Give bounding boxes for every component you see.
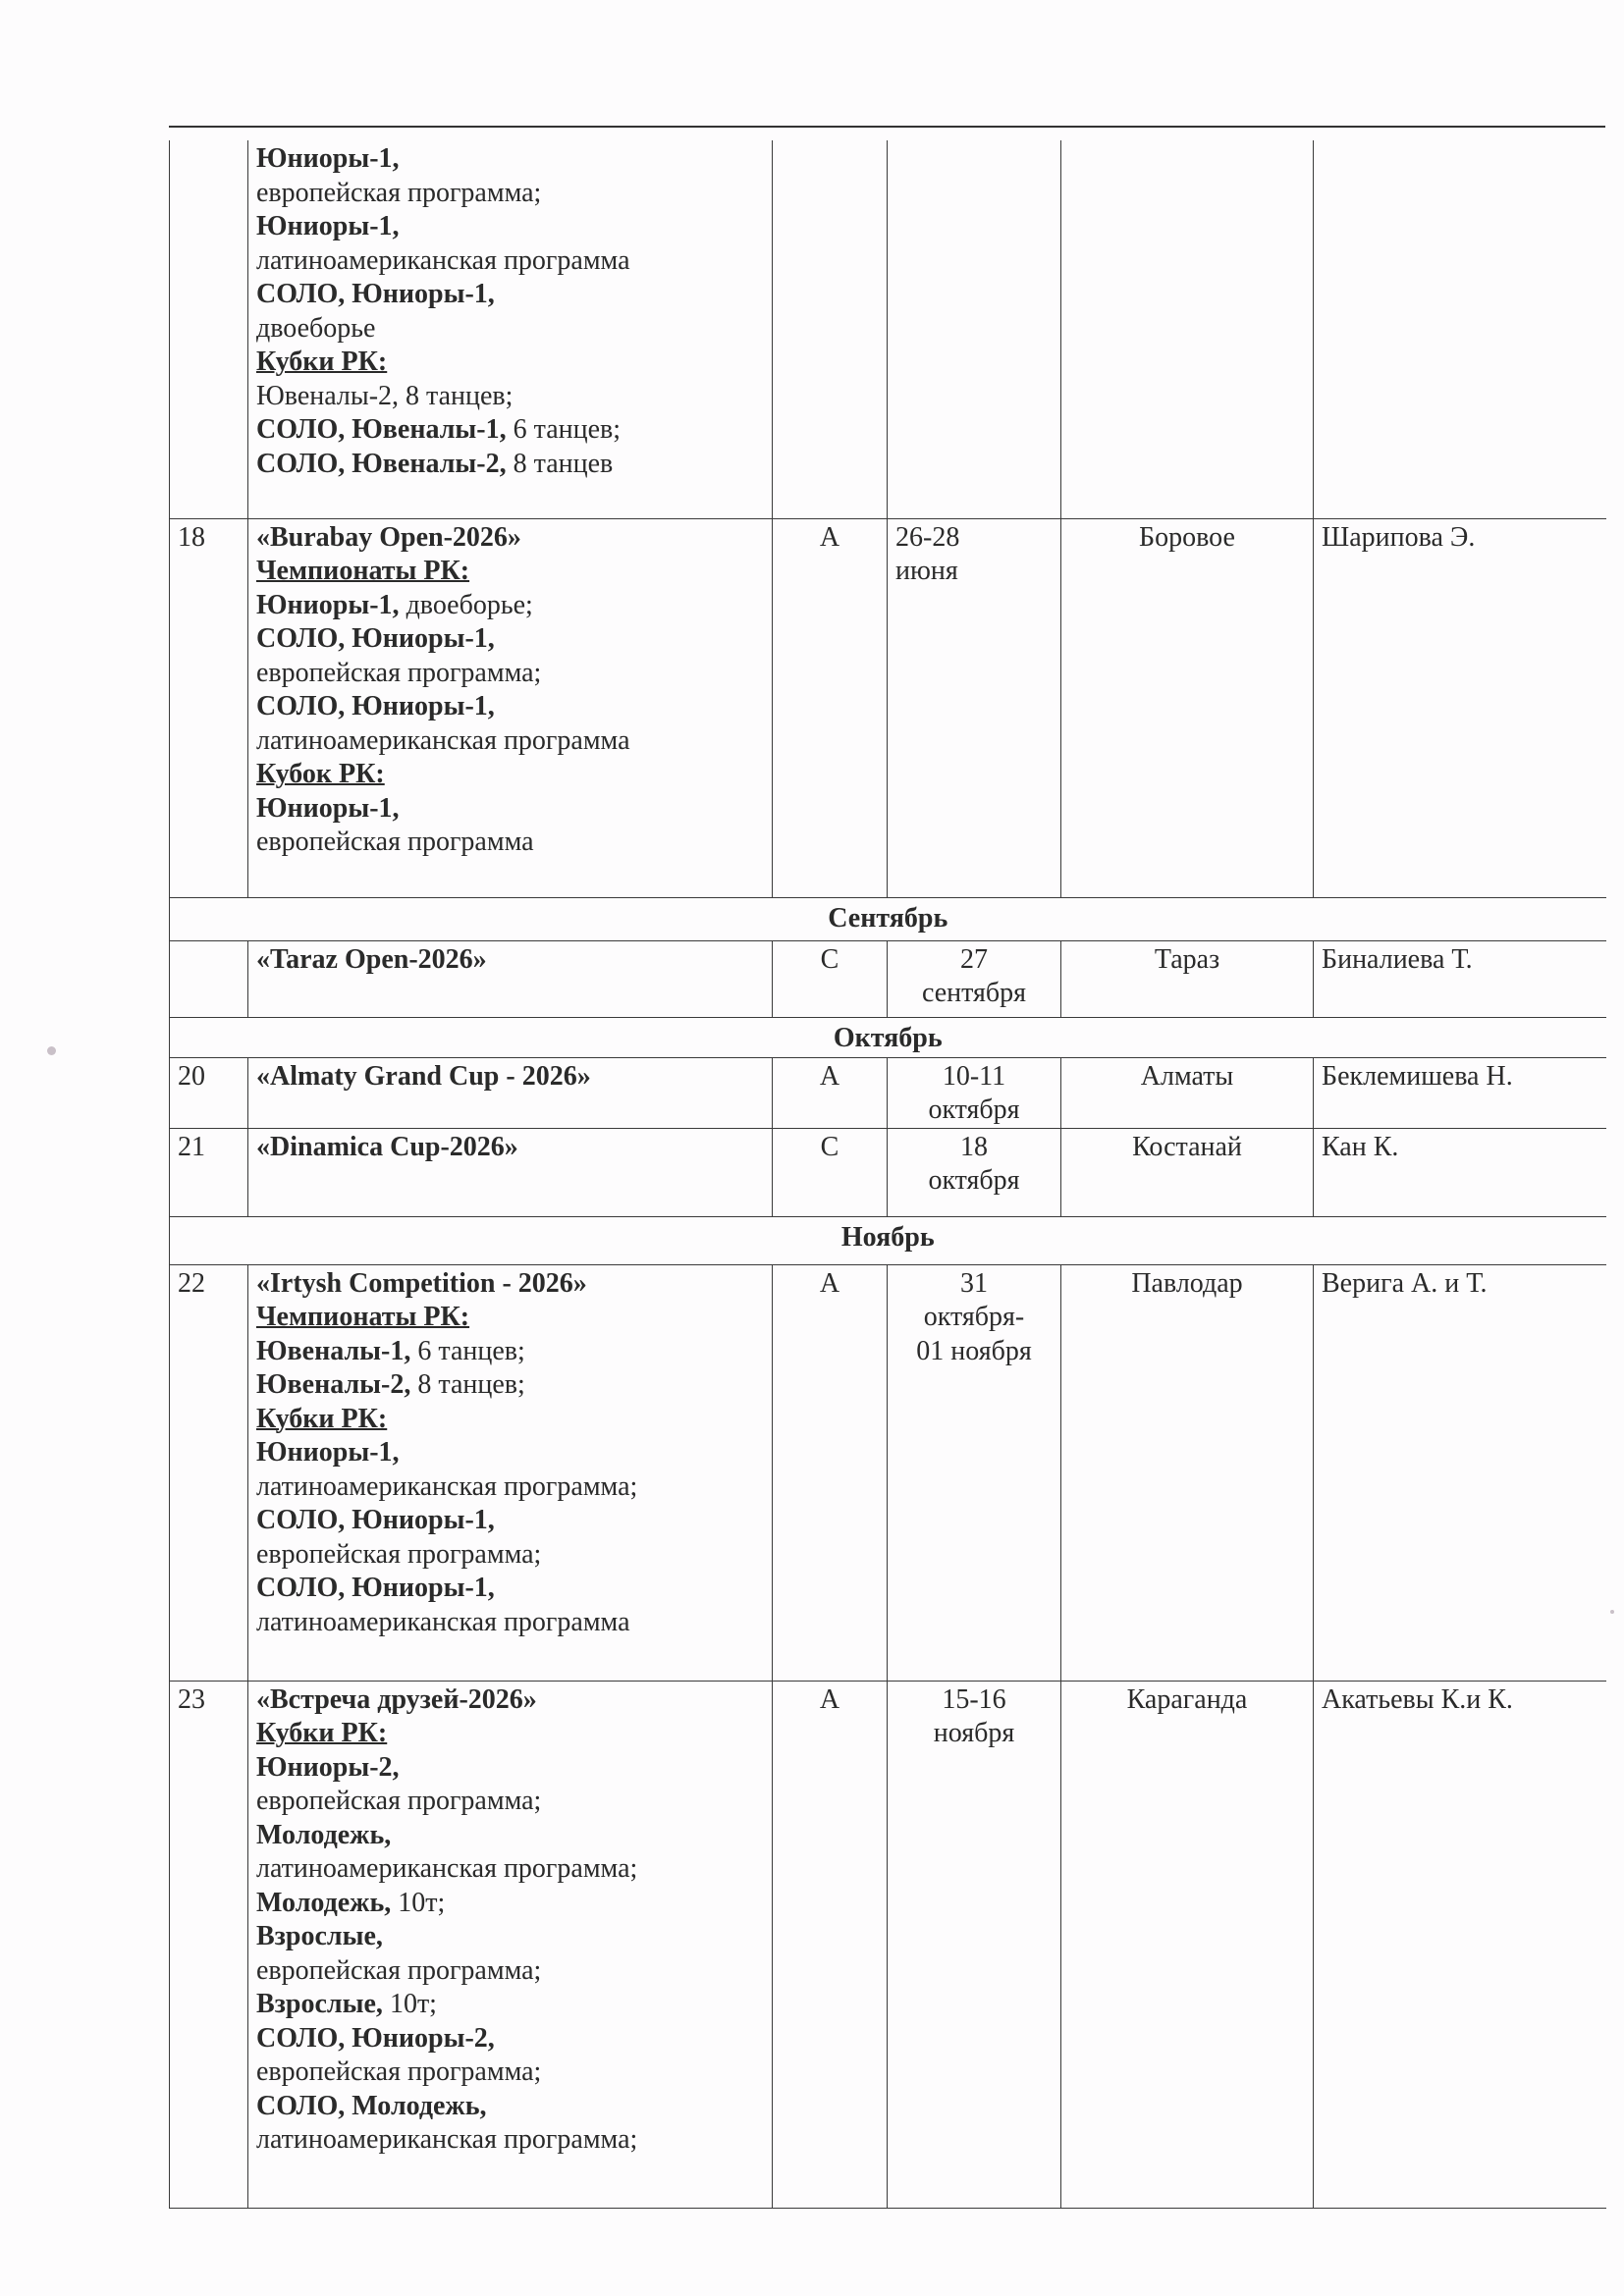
program-detail: латиноамериканская программа [256, 725, 630, 756]
row-number: 23 [170, 1681, 248, 2208]
program-line: СОЛО, Юниоры-2, [256, 2022, 764, 2056]
date-line: сентября [895, 977, 1053, 1011]
program-section-heading: Кубки РК: [256, 347, 387, 377]
program-detail: европейская программа; [256, 1539, 541, 1570]
event-cell: «Dinamica Cup-2026» [248, 1128, 773, 1216]
city-cell: Костанай [1061, 1128, 1314, 1216]
age-group: Молодежь, [256, 1820, 391, 1850]
date-cell [888, 140, 1061, 518]
date-line: 18 [895, 1131, 1053, 1165]
program-line: Кубки РК: [256, 1717, 764, 1751]
age-group: СОЛО, Молодежь, [256, 2091, 487, 2121]
age-group: СОЛО, Юниоры-1, [256, 1573, 495, 1603]
table-row: Юниоры-1,европейская программа;Юниоры-1,… [170, 140, 1606, 518]
program-line: европейская программа; [256, 1538, 764, 1573]
event-title: «Irtysh Competition - 2026» [256, 1267, 764, 1302]
date-line: июня [895, 555, 1053, 589]
event-cell: «Burabay Open-2026»Чемпионаты РК:Юниоры-… [248, 518, 773, 897]
age-group: Молодежь, [256, 1888, 391, 1918]
program-section-heading: Кубки РК: [256, 1404, 387, 1434]
table-row: 23«Встреча друзей-2026»Кубки РК:Юниоры-2… [170, 1681, 1606, 2208]
program-line: Взрослые, 10т; [256, 1988, 764, 2022]
date-line: 27 [895, 943, 1053, 978]
month-header-row: Октябрь [170, 1017, 1606, 1057]
program-line: СОЛО, Юниоры-1, [256, 1504, 764, 1538]
program-line: латиноамериканская программа [256, 724, 764, 759]
program-line: европейская программа; [256, 2056, 764, 2090]
organizer-cell: Акатьевы К.и К. [1314, 1681, 1606, 2208]
program-line: Юниоры-1, двоеборье; [256, 589, 764, 623]
event-cell: «Taraz Open-2026» [248, 940, 773, 1017]
month-header-row: Ноябрь [170, 1216, 1606, 1264]
date-cell: 31октября-01 ноября [888, 1264, 1061, 1681]
program-detail: 8 танцев; [410, 1369, 524, 1400]
organizer-cell [1314, 140, 1606, 518]
row-number: 20 [170, 1057, 248, 1128]
city-cell: Боровое [1061, 518, 1314, 897]
table-row: «Taraz Open-2026»С27сентябряТаразБиналие… [170, 940, 1606, 1017]
program-detail: латиноамериканская программа [256, 245, 630, 276]
city-cell: Караганда [1061, 1681, 1314, 2208]
program-line: СОЛО, Юниоры-1, [256, 622, 764, 657]
age-group: СОЛО, Юниоры-1, [256, 691, 495, 721]
month-label: Ноябрь [170, 1216, 1606, 1264]
age-group: Юниоры-1, [256, 590, 400, 620]
age-group: Взрослые, [256, 1989, 383, 2019]
table-row: 18«Burabay Open-2026»Чемпионаты РК:Юниор… [170, 518, 1606, 897]
event-title: «Встреча друзей-2026» [256, 1683, 764, 1718]
row-number: 18 [170, 518, 248, 897]
scan-artifact [1610, 1610, 1614, 1614]
organizer-cell: Верига А. и Т. [1314, 1264, 1606, 1681]
program-detail: 6 танцев; [507, 414, 621, 445]
program-line: Чемпионаты РК: [256, 555, 764, 589]
program-section-heading: Чемпионаты РК: [256, 1302, 469, 1332]
table-top-rule [169, 126, 1605, 128]
age-group: СОЛО, Ювеналы-1, [256, 414, 507, 445]
program-line: СОЛО, Молодежь, [256, 2090, 764, 2124]
program-line: СОЛО, Юниоры-1, [256, 690, 764, 724]
event-cell: «Встреча друзей-2026»Кубки РК:Юниоры-2,е… [248, 1681, 773, 2208]
row-number [170, 140, 248, 518]
program-detail: 6 танцев; [410, 1336, 524, 1366]
program-line: Ювеналы-2, 8 танцев; [256, 380, 764, 414]
program-line: латиноамериканская программа; [256, 1852, 764, 1887]
age-group: Взрослые, [256, 1921, 383, 1951]
age-group: СОЛО, Юниоры-2, [256, 2023, 495, 2054]
program-detail: европейская программа; [256, 2056, 541, 2087]
month-header-row: Сентябрь [170, 897, 1606, 940]
age-group: СОЛО, Ювеналы-2, [256, 449, 507, 479]
program-line: европейская программа; [256, 657, 764, 691]
program-line: европейская программа; [256, 177, 764, 211]
event-title: «Taraz Open-2026» [256, 943, 764, 978]
age-group: Юниоры-1, [256, 1437, 400, 1468]
program-detail: латиноамериканская программа; [256, 1471, 637, 1502]
category-cell: С [773, 940, 888, 1017]
date-line: 26-28 [895, 521, 1053, 556]
program-detail: двоеборье [256, 313, 376, 344]
date-line: 31 [895, 1267, 1053, 1302]
program-line: Юниоры-1, [256, 1436, 764, 1470]
program-line: Юниоры-1, [256, 142, 764, 177]
program-line: европейская программа [256, 826, 764, 860]
program-detail: Ювеналы-2, 8 танцев; [256, 381, 513, 411]
date-cell: 26-28июня [888, 518, 1061, 897]
scan-artifact [47, 1046, 56, 1055]
program-line: СОЛО, Юниоры-1, [256, 1572, 764, 1606]
program-section-heading: Кубок РК: [256, 759, 385, 789]
row-number: 21 [170, 1128, 248, 1216]
date-line: 01 ноября [895, 1335, 1053, 1369]
event-title: «Burabay Open-2026» [256, 521, 764, 556]
month-label: Сентябрь [170, 897, 1606, 940]
program-section-heading: Чемпионаты РК: [256, 556, 469, 586]
program-line: латиноамериканская программа [256, 244, 764, 279]
date-line: 15-16 [895, 1683, 1053, 1718]
program-line: латиноамериканская программа; [256, 1470, 764, 1505]
program-line: СОЛО, Ювеналы-2, 8 танцев [256, 448, 764, 482]
program-line: Взрослые, [256, 1920, 764, 1954]
program-detail: европейская программа; [256, 1786, 541, 1816]
table-row: 21«Dinamica Cup-2026»С18октябряКостанайК… [170, 1128, 1606, 1216]
program-line: европейская программа; [256, 1954, 764, 1989]
program-line: Кубки РК: [256, 1403, 764, 1437]
category-cell [773, 140, 888, 518]
date-cell: 18октября [888, 1128, 1061, 1216]
age-group: Юниоры-1, [256, 793, 400, 824]
program-detail: европейская программа; [256, 178, 541, 208]
organizer-cell: Шарипова Э. [1314, 518, 1606, 897]
program-line: Юниоры-1, [256, 210, 764, 244]
date-line: 10-11 [895, 1060, 1053, 1095]
program-detail: латиноамериканская программа; [256, 2124, 637, 2155]
program-detail: 8 танцев [507, 449, 614, 479]
competition-schedule-table: Юниоры-1,европейская программа;Юниоры-1,… [169, 140, 1606, 2209]
program-detail: европейская программа; [256, 658, 541, 688]
organizer-cell: Кан К. [1314, 1128, 1606, 1216]
table-row: 22«Irtysh Competition - 2026»Чемпионаты … [170, 1264, 1606, 1681]
date-cell: 27сентября [888, 940, 1061, 1017]
age-group: Юниоры-2, [256, 1752, 400, 1783]
program-line: Чемпионаты РК: [256, 1301, 764, 1335]
program-line: двоеборье [256, 312, 764, 347]
program-line: Кубок РК: [256, 758, 764, 792]
program-line: латиноамериканская программа [256, 1606, 764, 1640]
program-line: латиноамериканская программа; [256, 2123, 764, 2158]
age-group: СОЛО, Юниоры-1, [256, 623, 495, 654]
table-row: 20«Almaty Grand Cup - 2026»А10-11октября… [170, 1057, 1606, 1128]
program-line: Юниоры-1, [256, 792, 764, 827]
program-detail: латиноамериканская программа; [256, 1853, 637, 1884]
program-line: Ювеналы-1, 6 танцев; [256, 1335, 764, 1369]
date-line: октября [895, 1164, 1053, 1199]
program-detail: 10т; [383, 1989, 437, 2019]
city-cell: Алматы [1061, 1057, 1314, 1128]
schedule-body: Юниоры-1,европейская программа;Юниоры-1,… [170, 140, 1606, 2208]
program-detail: латиноамериканская программа [256, 1607, 630, 1637]
program-section-heading: Кубки РК: [256, 1718, 387, 1748]
age-group: Ювеналы-2, [256, 1369, 410, 1400]
category-cell: С [773, 1128, 888, 1216]
date-cell: 10-11октября [888, 1057, 1061, 1128]
program-detail: 10т; [391, 1888, 445, 1918]
event-cell: Юниоры-1,европейская программа;Юниоры-1,… [248, 140, 773, 518]
date-line: октября- [895, 1301, 1053, 1335]
program-detail: европейская программа; [256, 1955, 541, 1986]
event-title: «Dinamica Cup-2026» [256, 1131, 764, 1165]
row-number: 22 [170, 1264, 248, 1681]
program-line: Молодежь, [256, 1819, 764, 1853]
program-line: Кубки РК: [256, 346, 764, 380]
category-cell: А [773, 1264, 888, 1681]
age-group: СОЛО, Юниоры-1, [256, 1505, 495, 1535]
program-line: СОЛО, Юниоры-1, [256, 278, 764, 312]
category-cell: А [773, 518, 888, 897]
organizer-cell: Биналиева Т. [1314, 940, 1606, 1017]
program-line: Юниоры-2, [256, 1751, 764, 1786]
program-line: европейская программа; [256, 1785, 764, 1819]
row-number [170, 940, 248, 1017]
program-detail: европейская программа [256, 827, 534, 857]
program-line: Молодежь, 10т; [256, 1887, 764, 1921]
program-line: Ювеналы-2, 8 танцев; [256, 1368, 764, 1403]
date-cell: 15-16ноября [888, 1681, 1061, 2208]
age-group: СОЛО, Юниоры-1, [256, 279, 495, 309]
program-line: СОЛО, Ювеналы-1, 6 танцев; [256, 413, 764, 448]
date-line: октября [895, 1094, 1053, 1128]
age-group: Юниоры-1, [256, 211, 400, 241]
category-cell: А [773, 1057, 888, 1128]
city-cell: Павлодар [1061, 1264, 1314, 1681]
month-label: Октябрь [170, 1017, 1606, 1057]
age-group: Юниоры-1, [256, 143, 400, 174]
event-cell: «Irtysh Competition - 2026»Чемпионаты РК… [248, 1264, 773, 1681]
event-title: «Almaty Grand Cup - 2026» [256, 1060, 764, 1095]
city-cell [1061, 140, 1314, 518]
program-detail: двоеборье; [400, 590, 533, 620]
date-line: ноября [895, 1717, 1053, 1751]
category-cell: А [773, 1681, 888, 2208]
age-group: Ювеналы-1, [256, 1336, 410, 1366]
city-cell: Тараз [1061, 940, 1314, 1017]
organizer-cell: Беклемишева Н. [1314, 1057, 1606, 1128]
event-cell: «Almaty Grand Cup - 2026» [248, 1057, 773, 1128]
